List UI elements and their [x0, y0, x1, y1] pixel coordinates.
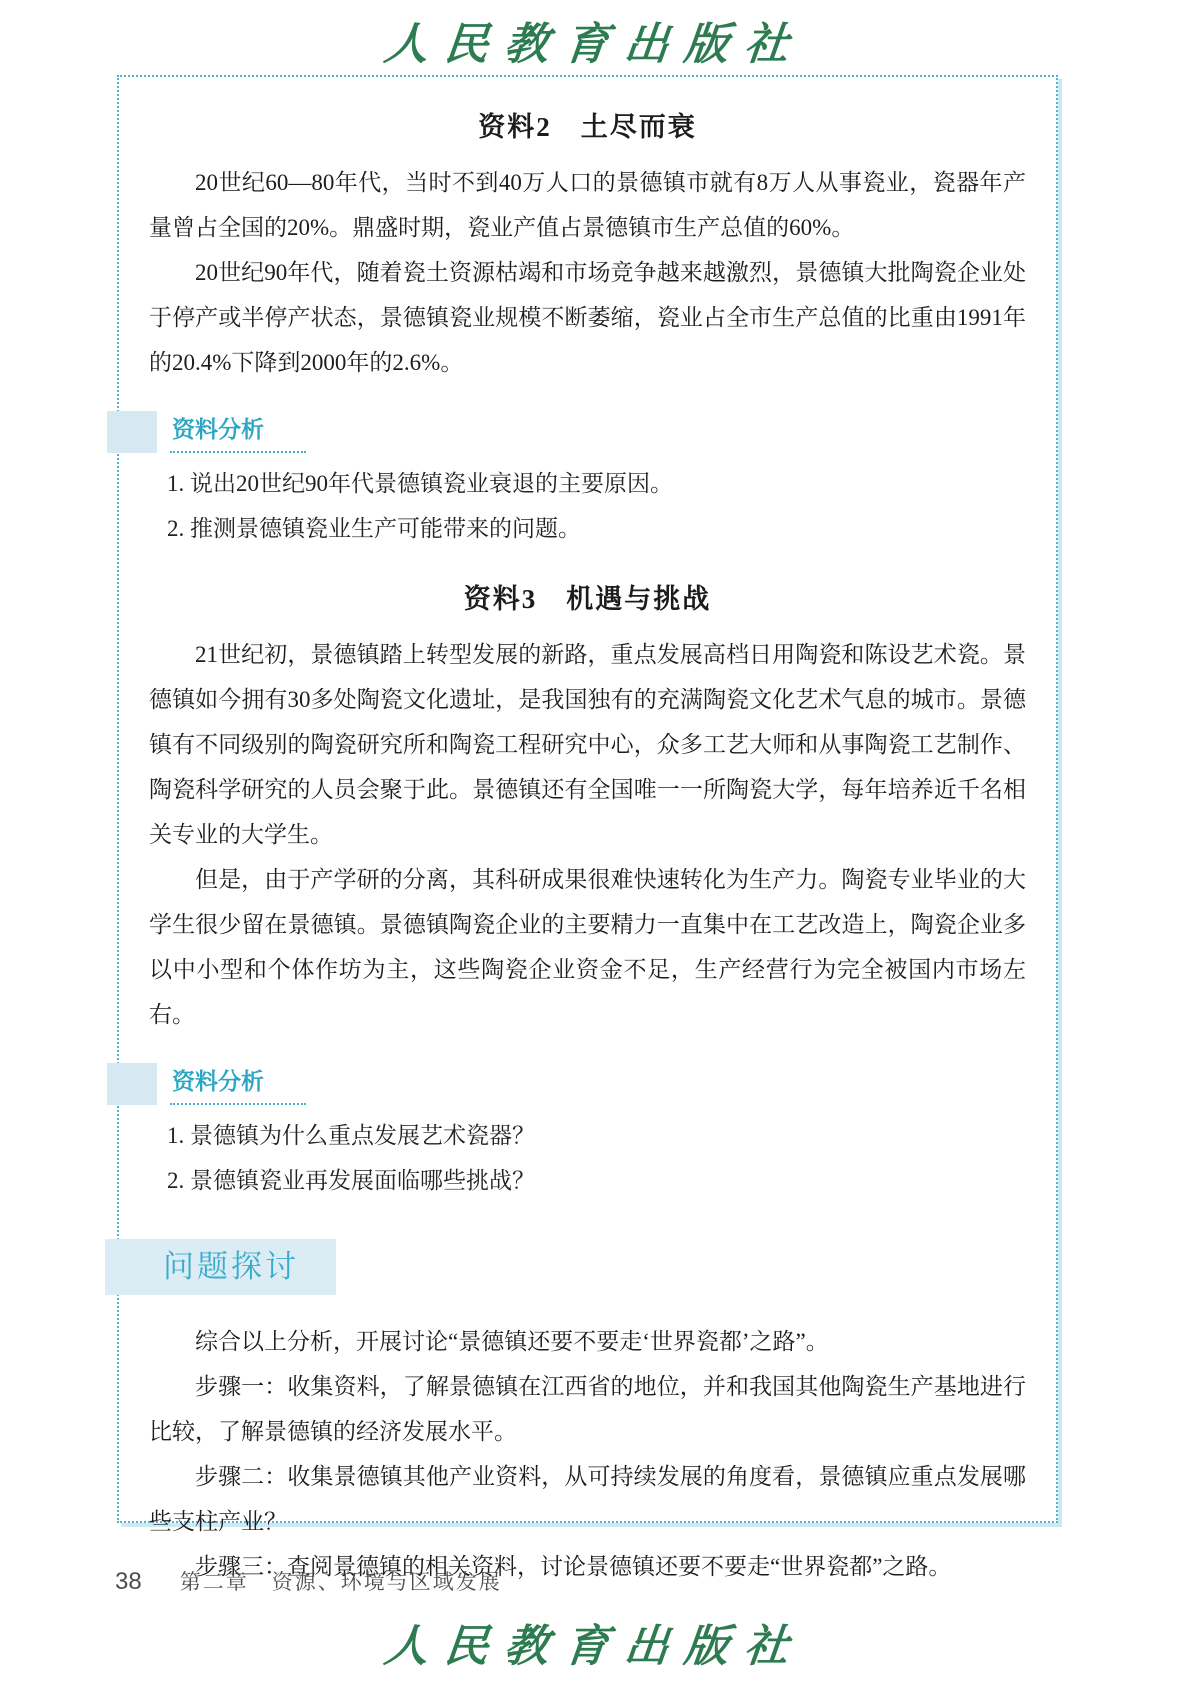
section-3-paragraph-1: 21世纪初，景德镇踏上转型发展的新路，重点发展高档日用陶瓷和陈设艺术瓷。景德镇如…: [149, 632, 1026, 857]
publisher-logo-top: 人民教育出版社: [0, 8, 1190, 72]
analysis-marker-square: [107, 411, 157, 453]
section-2-title: 资料2 土尽而衰: [149, 105, 1026, 144]
publisher-logo-bottom: 人民教育出版社: [0, 1610, 1190, 1674]
question-item: 2. 景德镇瓷业再发展面临哪些挑战？: [167, 1158, 1026, 1203]
section-2-paragraph-1: 20世纪60—80年代，当时不到40万人口的景德镇市就有8万人从事瓷业，瓷器年产…: [149, 160, 1026, 250]
section-2-paragraph-2: 20世纪90年代，随着瓷土资源枯竭和市场竞争越来越激烈，景德镇大批陶瓷企业处于停…: [149, 250, 1026, 385]
analysis-questions-2: 1. 景德镇为什么重点发展艺术瓷器？ 2. 景德镇瓷业再发展面临哪些挑战？: [167, 1113, 1026, 1203]
analysis-marker-square: [107, 1063, 157, 1105]
content-box: 资料2 土尽而衰 20世纪60—80年代，当时不到40万人口的景德镇市就有8万人…: [117, 75, 1058, 1523]
discussion-paragraph-1: 综合以上分析，开展讨论“景德镇还要不要走‘世界瓷都’之路”。: [149, 1319, 1026, 1364]
analysis-header-1: 资料分析: [107, 409, 1026, 453]
analysis-label: 资料分析: [170, 409, 306, 453]
discussion-banner: 问题探讨: [105, 1239, 336, 1295]
discussion-paragraph-3: 步骤二：收集景德镇其他产业资料，从可持续发展的角度看，景德镇应重点发展哪些支柱产…: [149, 1454, 1026, 1544]
discussion-paragraph-2: 步骤一：收集资料，了解景德镇在江西省的地位，并和我国其他陶瓷生产基地进行比较，了…: [149, 1364, 1026, 1454]
analysis-questions-1: 1. 说出20世纪90年代景德镇瓷业衰退的主要原因。 2. 推测景德镇瓷业生产可…: [167, 461, 1026, 551]
question-item: 2. 推测景德镇瓷业生产可能带来的问题。: [167, 506, 1026, 551]
analysis-block-1: 资料分析 1. 说出20世纪90年代景德镇瓷业衰退的主要原因。 2. 推测景德镇…: [149, 409, 1026, 551]
discussion-paragraphs: 综合以上分析，开展讨论“景德镇还要不要走‘世界瓷都’之路”。 步骤一：收集资料，…: [149, 1319, 1026, 1589]
chapter-title: 第二章 资源、环境与区域发展: [180, 1566, 502, 1596]
analysis-header-2: 资料分析: [107, 1061, 1026, 1105]
question-item: 1. 景德镇为什么重点发展艺术瓷器？: [167, 1113, 1026, 1158]
section-3-title: 资料3 机遇与挑战: [149, 577, 1026, 616]
question-item: 1. 说出20世纪90年代景德镇瓷业衰退的主要原因。: [167, 461, 1026, 506]
page-footer: 38 第二章 资源、环境与区域发展: [115, 1566, 502, 1596]
section-3-paragraph-2: 但是，由于产学研的分离，其科研成果很难快速转化为生产力。陶瓷专业毕业的大学生很少…: [149, 857, 1026, 1037]
page-number: 38: [115, 1568, 142, 1596]
analysis-label: 资料分析: [170, 1061, 306, 1105]
analysis-block-2: 资料分析 1. 景德镇为什么重点发展艺术瓷器？ 2. 景德镇瓷业再发展面临哪些挑…: [149, 1061, 1026, 1203]
